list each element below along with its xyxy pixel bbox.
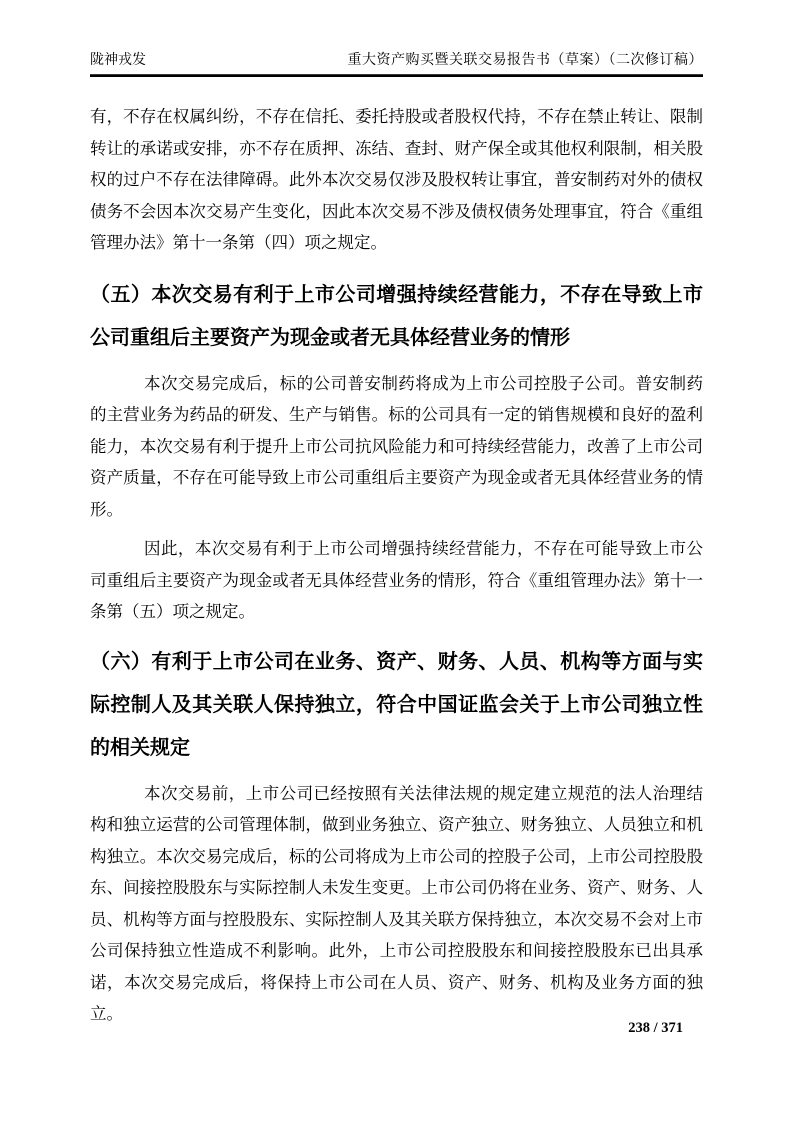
header-document-title: 重大资产购买暨关联交易报告书（草案）（二次修订稿）: [348, 52, 704, 70]
section-heading-six: （六）有利于上市公司在业务、资产、财务、人员、机构等方面与实际控制人及其关联人保…: [90, 641, 703, 770]
page-header: 陇神戎发 重大资产购买暨关联交易报告书（草案）（二次修订稿）: [90, 52, 703, 70]
body-paragraph: 本次交易前，上市公司已经按照有关法律法规的规定建立规范的法人治理结构和独立运营的…: [90, 778, 703, 1030]
section-heading-five: （五）本次交易有利于上市公司增强持续经营能力，不存在导致上市公司重组后主要资产为…: [90, 274, 703, 360]
page-number: 238 / 371: [628, 1019, 683, 1037]
header-company-name: 陇神戎发: [90, 52, 146, 70]
document-page: 陇神戎发 重大资产购买暨关联交易报告书（草案）（二次修订稿） 有，不存在权属纠纷…: [0, 0, 793, 1122]
header-rule: [90, 74, 703, 77]
body-paragraph: 有，不存在权属纠纷，不存在信托、委托持股或者股权代持，不存在禁止转让、限制转让的…: [90, 101, 703, 259]
body-paragraph: 本次交易完成后，标的公司普安制药将成为上市公司控股子公司。普安制药的主营业务为药…: [90, 368, 703, 526]
body-paragraph: 因此，本次交易有利于上市公司增强持续经营能力，不存在可能导致上市公司重组后主要资…: [90, 533, 703, 628]
